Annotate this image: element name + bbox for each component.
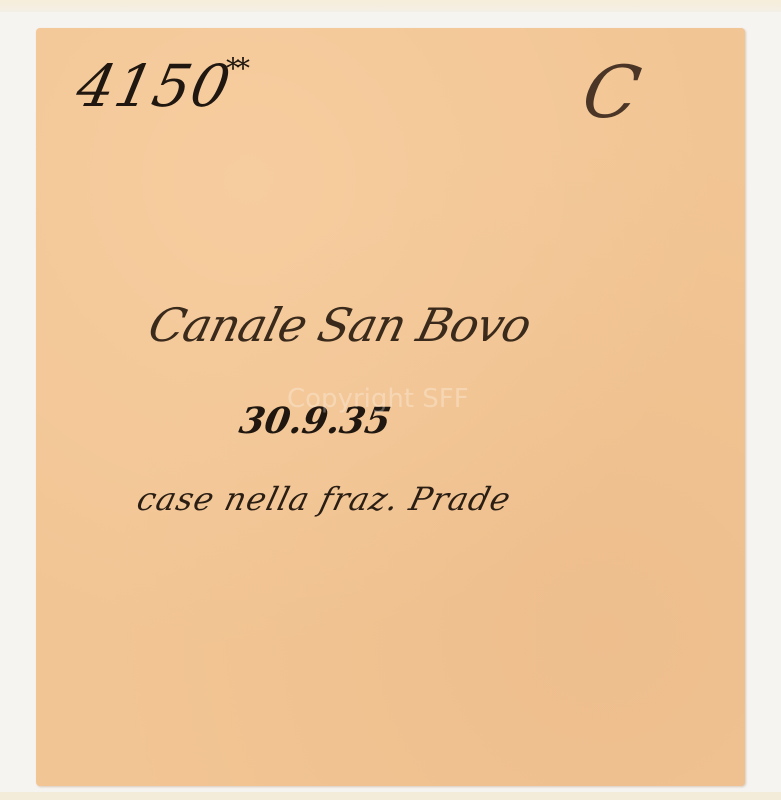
star-marks-icon: ** [226,52,246,85]
copyright-watermark: Copyright SFF [287,384,469,414]
mount-bottom-strip [0,792,781,800]
location-text: Canale San Bovo [143,298,536,352]
catalog-number: 4150 [71,52,237,120]
description-text: case nella fraz. Prade [133,480,515,518]
mount-top-strip [0,0,781,12]
